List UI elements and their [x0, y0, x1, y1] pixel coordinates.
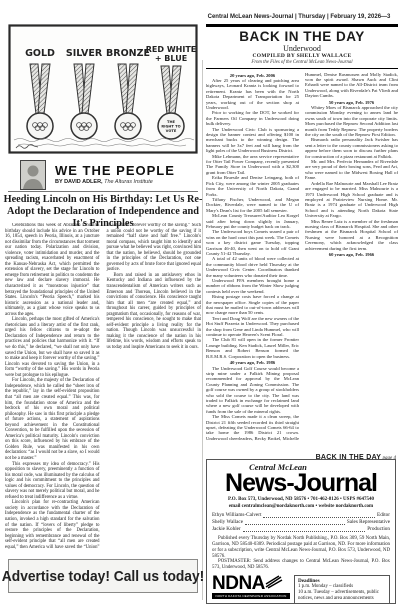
compiled-by-line: COMPILED BY SHELLY WALLACE	[206, 53, 398, 60]
house-ad-text: Advertise today! Call us today!	[2, 568, 204, 585]
dotted-leader	[245, 524, 345, 525]
back-in-the-day-paragraph: 60 years ago, Feb. 1966	[305, 252, 398, 257]
staff-role: Sales Representative	[347, 519, 390, 526]
back-in-the-day-columns: 20 years ago, Feb. 2006 After 25 years o…	[206, 72, 398, 444]
back-in-the-day-paragraph: Ardella Rae Malnourie and Marshall Lee B…	[305, 181, 398, 219]
medals-cartoon-drawing: GOLD SILVER BRONZE RED WHITE + BLUE	[8, 24, 198, 154]
back-in-the-day-paragraph: McLean County Treasurer/Auditor Lea Korg…	[206, 213, 299, 229]
ndna-acronym: NDNA	[212, 575, 290, 592]
page-folio: Central McLean News-Journal | Thursday |…	[200, 14, 398, 20]
article-body-columns: Celebrations this week of Abraham Lincol…	[5, 223, 201, 553]
article-paragraph: For Lincoln, the majesty of the Declarat…	[5, 378, 100, 461]
section-rule-top	[206, 24, 398, 27]
deadlines-box: Deadlines 1 p.m. Monday – classifieds 10…	[294, 575, 390, 604]
dotted-leader	[263, 517, 375, 518]
masthead-box: Central McLean News-Journal P.O. Box 573…	[206, 459, 396, 604]
ndna-wing-icon	[265, 575, 283, 589]
back-in-the-day-paragraph: Bismarck radio personality Jack Swisher …	[305, 137, 398, 159]
staff-list: Ethyn Williams-Calvert Editor Shelly Wal…	[212, 512, 390, 533]
article-paragraph: Born and raised in an antislavery ethos …	[107, 273, 202, 351]
section-title: BACK IN THE DAY	[206, 30, 398, 44]
person-silhouette-icon	[21, 161, 45, 189]
article-paragraph: This expresses my idea of democracy.” Hi…	[5, 462, 100, 501]
cartoon-label-bronze: BRONZE	[106, 48, 150, 59]
cartoon-label-rwb-2: + BLUE	[155, 54, 187, 63]
staff-role: Production	[367, 526, 390, 533]
medal4-text-3: VOTE	[166, 129, 177, 133]
cartoon-label-gold: GOLD	[25, 48, 55, 59]
medal4-text-2: RIGHT TO	[161, 125, 180, 129]
editorial-cartoon: GOLD SILVER BRONZE RED WHITE + BLUE	[8, 24, 198, 154]
staff-name: Shelly Wallace	[212, 519, 243, 526]
masthead-address-line: P.O. Box 573, Underwood, ND 58576 • 701-…	[212, 497, 390, 504]
staff-row: Shelly Wallace Sales Representative	[212, 519, 390, 526]
byline-author: BY DAVID ADLER,	[55, 179, 103, 185]
back-in-the-day-paragraph: Prior to working for the DOT, he worked …	[206, 110, 299, 126]
section-subtitle: Underwood	[206, 44, 398, 53]
staff-name: Jackie Kohler	[212, 526, 241, 533]
dotted-leader	[243, 531, 366, 532]
deadline-line: 10 a.m. Tuesday – advertisements, public…	[298, 590, 386, 602]
staff-name: Ethyn Williams-Calvert	[212, 512, 261, 519]
staff-role: Editor	[377, 512, 390, 519]
ndna-acronym-text: NDNA	[212, 573, 265, 594]
published-text: Published every Thursday by Nordak North…	[212, 536, 390, 559]
back-in-the-day-paragraph: Mike Lehmann, the area service represent…	[206, 154, 299, 176]
cartoon-label-rwb-1: RED WHITE	[146, 45, 196, 54]
byline: BY DAVID ADLER, The Alturas Institute	[55, 179, 175, 185]
back-in-the-day-section: BACK IN THE DAY Underwood COMPILED BY SH…	[206, 24, 398, 444]
cartoon-label-silver: SILVER	[66, 48, 103, 59]
medal4-text-1: THE	[167, 120, 175, 124]
back-in-the-day-paragraph: Miss Renee Lutz is a member of the fresh…	[305, 219, 398, 251]
back-in-the-day-paragraph: Erika Bruestle and Denise Leingang, both…	[206, 175, 299, 197]
back-in-the-day-paragraph: The Underwood Civic Club is sponsoring a…	[206, 127, 299, 154]
staff-row: Jackie Kohler Production	[212, 526, 390, 533]
house-ad[interactable]: Advertise today! Call us today!	[8, 559, 198, 593]
back-in-the-day-paragraph: Whitey Moes of Bismarck approached the c…	[305, 105, 398, 137]
back-in-the-day-paragraph: Mr. and Mrs. Perfecto Hernandez of River…	[305, 159, 398, 181]
deadlines-lines: 1 p.m. Monday – classifieds 10 a.m. Tues…	[298, 584, 386, 602]
back-in-the-day-paragraph: Rising postage costs have forced a chang…	[206, 294, 299, 316]
back-in-the-day-paragraph: A total of 42 units of blood were collec…	[206, 256, 299, 278]
columnist-headshot	[20, 160, 46, 190]
back-in-the-day-paragraph: The Club 81 will open in the former Fron…	[206, 337, 299, 359]
postmaster-text: POSTMASTER: Send address changes to Cent…	[212, 559, 390, 571]
back-in-the-day-paragraph: Terri and Doug Wolf are the new owners o…	[206, 316, 299, 338]
back-in-the-day-paragraph: Tiffany Fischer, Underwood, and Megan Do…	[206, 197, 299, 213]
ndna-full-name: NORTH DAKOTA NEWSPAPER ASSOCIATION	[212, 593, 290, 599]
column-kicker: WE THE PEOPLE	[55, 164, 175, 177]
we-the-people-header: WE THE PEOPLE BY DAVID ADLER, The Altura…	[8, 159, 200, 190]
newspaper-page: Central McLean News-Journal | Thursday |…	[0, 0, 400, 614]
back-in-the-day-paragraph: The Underwood Golf Course would become a…	[206, 366, 299, 415]
section-rule-bottom	[206, 68, 398, 69]
back-in-the-day-paragraph: The Underwood boys Comets snared a pair …	[206, 229, 299, 256]
publication-info: Published every Thursday by Nordak North…	[212, 536, 390, 571]
masthead-newspaper-name: News-Journal	[212, 472, 390, 496]
back-in-the-day-paragraph: Underwood FFA members brought home a num…	[206, 278, 299, 294]
byline-rule	[8, 191, 198, 192]
masthead-contact-line: email centralmclean@nordaknorth.com • we…	[212, 504, 390, 511]
back-in-the-day-paragraph: After 25 years of clearing and patching …	[206, 78, 299, 110]
staff-row: Ethyn Williams-Calvert Editor	[212, 512, 390, 519]
source-line: From the Files of the Central McLean New…	[206, 60, 398, 66]
article-paragraph: Celebrations this week of Abraham Lincol…	[5, 223, 100, 317]
column-divider	[202, 60, 203, 600]
ndna-logo: NDNA NORTH DAKOTA NEWSPAPER ASSOCIATION	[212, 575, 290, 599]
byline-affiliation: The Alturas Institute	[103, 179, 153, 185]
article-paragraph: Lincoln, perhaps the most gifted of Amer…	[5, 317, 100, 378]
